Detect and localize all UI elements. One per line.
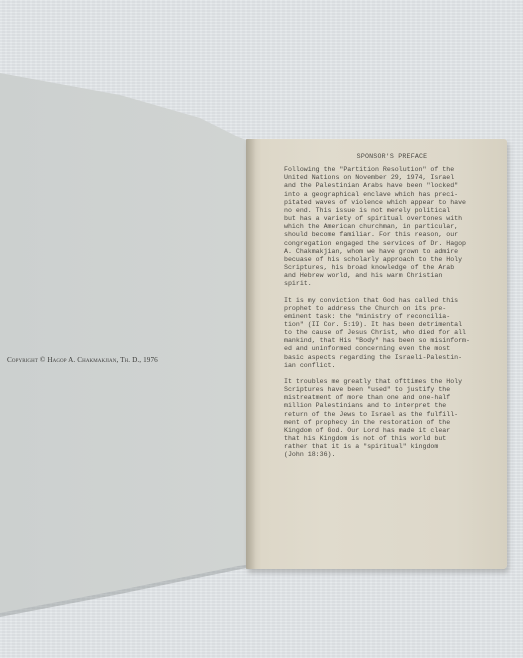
- preface-paragraph-1: Following the "Partition Resolution" of …: [284, 166, 494, 288]
- spine-shadow: [246, 139, 256, 569]
- copyright-notice: Copyright © Hagop A. Chakmakjian, Th. D.…: [7, 356, 239, 364]
- photo-scene: Copyright © Hagop A. Chakmakjian, Th. D.…: [0, 0, 523, 658]
- right-page: SPONSOR'S PREFACE Following the "Partiti…: [246, 139, 507, 569]
- preface-paragraph-2: It is my conviction that God has called …: [284, 297, 494, 370]
- preface-title: SPONSOR'S PREFACE: [284, 153, 494, 161]
- sponsors-preface: SPONSOR'S PREFACE Following the "Partiti…: [284, 153, 494, 467]
- preface-paragraph-3: It troubles me greatly that ofttimes the…: [284, 378, 494, 460]
